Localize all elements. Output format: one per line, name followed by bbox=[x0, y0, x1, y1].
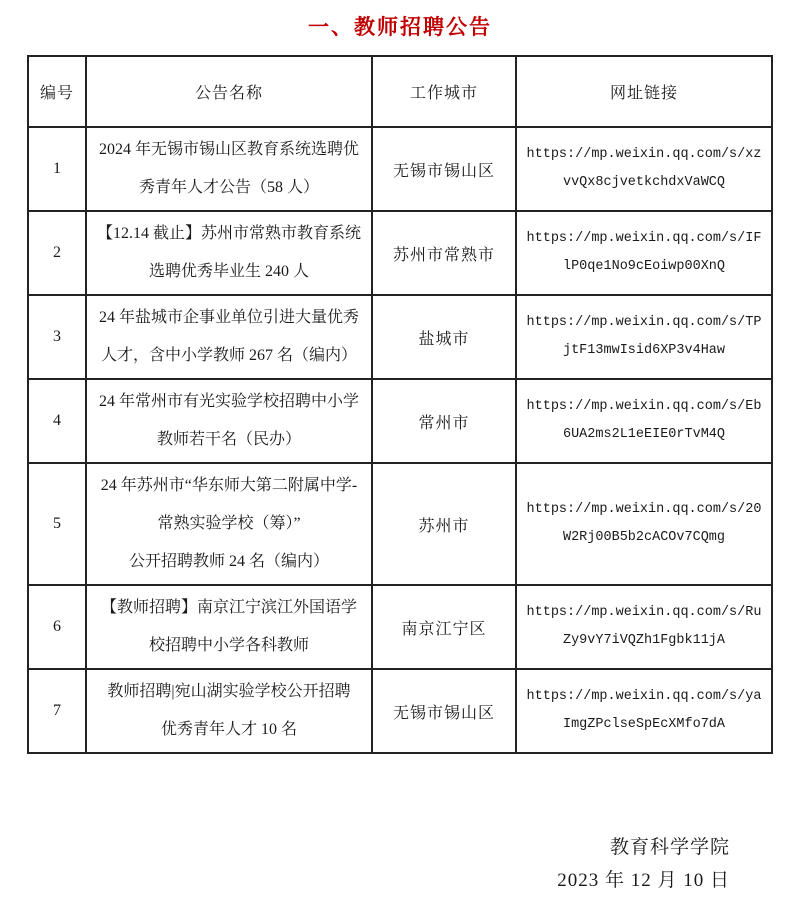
table-body: 1 2024 年无锡市锡山区教育系统选聘优 秀青年人才公告（58 人） 无锡市锡… bbox=[28, 127, 772, 753]
cell-url: https://mp.weixin.qq.com/s/RuZy9vY7iVQZh… bbox=[516, 585, 772, 669]
cell-url: https://mp.weixin.qq.com/s/yaImgZPclseSp… bbox=[516, 669, 772, 753]
cell-url: https://mp.weixin.qq.com/s/20W2Rj00B5b2c… bbox=[516, 463, 772, 585]
cell-url: https://mp.weixin.qq.com/s/TPjtF13mwIsid… bbox=[516, 295, 772, 379]
header-name: 公告名称 bbox=[86, 56, 372, 127]
header-no: 编号 bbox=[28, 56, 86, 127]
cell-name: 24 年盐城市企事业单位引进大量优秀 人才，含中小学教师 267 名（编内） bbox=[86, 295, 372, 379]
header-url: 网址链接 bbox=[516, 56, 772, 127]
table-row: 5 24 年苏州市“华东师大第二附属中学- 常熟实验学校（筹）” 公开招聘教师 … bbox=[28, 463, 772, 585]
cell-no: 5 bbox=[28, 463, 86, 585]
cell-no: 7 bbox=[28, 669, 86, 753]
cell-city: 无锡市锡山区 bbox=[372, 669, 516, 753]
cell-no: 2 bbox=[28, 211, 86, 295]
cell-url: https://mp.weixin.qq.com/s/Eb6UA2ms2L1eE… bbox=[516, 379, 772, 463]
cell-no: 1 bbox=[28, 127, 86, 211]
footer-date: 2023 年 12 月 10 日 bbox=[0, 864, 730, 897]
cell-no: 3 bbox=[28, 295, 86, 379]
announcement-table: 编号 公告名称 工作城市 网址链接 1 2024 年无锡市锡山区教育系统选聘优 … bbox=[27, 55, 773, 754]
cell-no: 6 bbox=[28, 585, 86, 669]
cell-name: 2024 年无锡市锡山区教育系统选聘优 秀青年人才公告（58 人） bbox=[86, 127, 372, 211]
footer-department: 教育科学学院 bbox=[0, 831, 730, 864]
table-row: 7 教师招聘|宛山湖实验学校公开招聘 优秀青年人才 10 名 无锡市锡山区 ht… bbox=[28, 669, 772, 753]
cell-name: 教师招聘|宛山湖实验学校公开招聘 优秀青年人才 10 名 bbox=[86, 669, 372, 753]
cell-name: 24 年常州市有光实验学校招聘中小学 教师若干名（民办） bbox=[86, 379, 372, 463]
table-row: 2 【12.14 截止】苏州市常熟市教育系统 选聘优秀毕业生 240 人 苏州市… bbox=[28, 211, 772, 295]
table-row: 3 24 年盐城市企事业单位引进大量优秀 人才，含中小学教师 267 名（编内）… bbox=[28, 295, 772, 379]
document-footer: 教育科学学院 2023 年 12 月 10 日 bbox=[0, 831, 800, 897]
cell-city: 无锡市锡山区 bbox=[372, 127, 516, 211]
cell-city: 盐城市 bbox=[372, 295, 516, 379]
cell-city: 常州市 bbox=[372, 379, 516, 463]
cell-city: 苏州市常熟市 bbox=[372, 211, 516, 295]
document-page: 一、教师招聘公告 编号 公告名称 工作城市 网址链接 1 2024 年无锡市锡山… bbox=[0, 11, 800, 897]
table-header-row: 编号 公告名称 工作城市 网址链接 bbox=[28, 56, 772, 127]
cell-url: https://mp.weixin.qq.com/s/xzvvQx8cjvetk… bbox=[516, 127, 772, 211]
page-title: 一、教师招聘公告 bbox=[0, 11, 800, 41]
cell-city: 南京江宁区 bbox=[372, 585, 516, 669]
table-row: 4 24 年常州市有光实验学校招聘中小学 教师若干名（民办） 常州市 https… bbox=[28, 379, 772, 463]
cell-name: 【12.14 截止】苏州市常熟市教育系统 选聘优秀毕业生 240 人 bbox=[86, 211, 372, 295]
table-row: 6 【教师招聘】南京江宁滨江外国语学 校招聘中小学各科教师 南京江宁区 http… bbox=[28, 585, 772, 669]
cell-name: 【教师招聘】南京江宁滨江外国语学 校招聘中小学各科教师 bbox=[86, 585, 372, 669]
cell-city: 苏州市 bbox=[372, 463, 516, 585]
table-row: 1 2024 年无锡市锡山区教育系统选聘优 秀青年人才公告（58 人） 无锡市锡… bbox=[28, 127, 772, 211]
cell-name: 24 年苏州市“华东师大第二附属中学- 常熟实验学校（筹）” 公开招聘教师 24… bbox=[86, 463, 372, 585]
header-city: 工作城市 bbox=[372, 56, 516, 127]
cell-url: https://mp.weixin.qq.com/s/IFlP0qe1No9cE… bbox=[516, 211, 772, 295]
cell-no: 4 bbox=[28, 379, 86, 463]
